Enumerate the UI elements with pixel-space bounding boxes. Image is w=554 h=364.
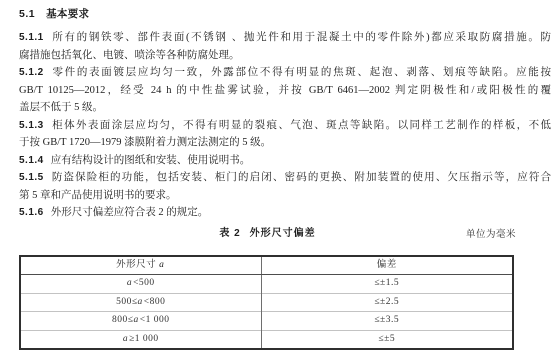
section-number: 5.1: [19, 8, 35, 20]
table-caption-row: 表 2外形尺寸偏差 单位为毫米: [19, 227, 516, 241]
table-caption: 表 2外形尺寸偏差: [19, 227, 516, 241]
table-caption-label: 表 2: [219, 228, 240, 239]
clause-line: 于按 GB/T 1720—1979 漆膜附着力测定法测定的 5 级。: [19, 134, 551, 152]
section-title: 基本要求: [46, 8, 89, 20]
clause-number: 5.1.4: [19, 155, 44, 166]
clause-line: 腐措施包括氧化、电镀、喷涂等各种防腐处理。: [19, 47, 551, 65]
clause-text: 盖层不低于 5 级。: [19, 102, 103, 113]
clause-5-1-2: 5.1.2零件的表面镀层应均匀一致，外露部位不得有明显的焦斑、起泡、剥落、划痕等…: [19, 64, 551, 117]
clause-5-1-1: 5.1.1所有的钢铁零、部件表面(不锈钢 、抛光件和用于混凝土中的零件除外)都应…: [19, 29, 551, 64]
table-caption-title: 外形尺寸偏差: [250, 228, 316, 239]
clause-line: 盖层不低于 5 级。: [19, 99, 551, 117]
dimension-cell: a≥1 000: [20, 330, 261, 349]
clause-line: 5.1.1所有的钢铁零、部件表面(不锈钢 、抛光件和用于混凝土中的零件除外)都应…: [19, 29, 551, 47]
table-header-row: 外形尺寸 a 偏差: [20, 256, 513, 275]
table-row: 800≤a<1 000 ≤±3.5: [20, 312, 513, 331]
clause-number: 5.1.1: [19, 32, 44, 43]
clause-line: 第 5 章和产品使用说明书的要求。: [19, 187, 551, 205]
clause-number: 5.1.5: [19, 172, 44, 183]
clause-5-1-6: 5.1.6外形尺寸偏差应符合表 2 的规定。: [19, 204, 551, 222]
clause-text: 第 5 章和产品使用说明书的要求。: [19, 190, 177, 201]
deviation-cell: ≤±1.5: [261, 275, 513, 294]
dimension-cell: 800≤a<1 000: [20, 312, 261, 331]
dimension-cell: 500≤a<800: [20, 293, 261, 312]
clause-text: 应有结构设计的图纸和安装、使用说明书。: [51, 155, 251, 166]
table-row: a<500 ≤±1.5: [20, 275, 513, 294]
clause-line: 5.1.2零件的表面镀层应均匀一致，外露部位不得有明显的焦斑、起泡、剥落、划痕等…: [19, 64, 551, 82]
table-row: 500≤a<800 ≤±2.5: [20, 293, 513, 312]
clause-text: 于按 GB/T 1720—1979 漆膜附着力测定法测定的 5 级。: [19, 137, 271, 148]
document-page: 5.1基本要求 5.1.1所有的钢铁零、部件表面(不锈钢 、抛光件和用于混凝土中…: [0, 0, 554, 364]
clause-line: 5.1.4应有结构设计的图纸和安装、使用说明书。: [19, 152, 551, 170]
clause-text: 零件的表面镀层应均匀一致，外露部位不得有明显的焦斑、起泡、剥落、划痕等缺陷。应能…: [51, 67, 551, 78]
deviation-cell: ≤±2.5: [261, 293, 513, 312]
table-row: a≥1 000 ≤±5: [20, 330, 513, 349]
clause-number: 5.1.6: [19, 207, 44, 218]
column-header-deviation: 偏差: [261, 256, 513, 275]
clause-line: GB/T 10125—2012，经受 24 h 的中性盐雾试验，并按 GB/T …: [19, 82, 551, 100]
deviation-cell: ≤±3.5: [261, 312, 513, 331]
deviation-cell: ≤±5: [261, 330, 513, 349]
clause-text: 防盗保险柜的功能，包括安装、柜门的启闭、密码的更换、附加装置的使用、欠压指示等，…: [51, 172, 551, 183]
clause-text: 腐措施包括氧化、电镀、喷涂等各种防腐处理。: [19, 50, 240, 61]
column-header-dimension: 外形尺寸 a: [20, 256, 261, 275]
dimension-cell: a<500: [20, 275, 261, 294]
clause-line: 5.1.5防盗保险柜的功能，包括安装、柜门的启闭、密码的更换、附加装置的使用、欠…: [19, 169, 551, 187]
clause-5-1-5: 5.1.5防盗保险柜的功能，包括安装、柜门的启闭、密码的更换、附加装置的使用、欠…: [19, 169, 551, 204]
section-heading: 5.1基本要求: [19, 6, 551, 24]
table-unit-note: 单位为毫米: [466, 228, 516, 242]
clause-number: 5.1.3: [19, 120, 44, 131]
clause-line: 5.1.3柜体外表面涂层应均匀，不得有明显的裂痕、气泡、斑点等缺陷。以同样工艺制…: [19, 117, 551, 135]
clause-text: 柜体外表面涂层应均匀，不得有明显的裂痕、气泡、斑点等缺陷。以同样工艺制作的样板，…: [51, 120, 551, 131]
clause-text: 所有的钢铁零、部件表面(不锈钢 、抛光件和用于混凝土中的零件除外)都应采取防腐措…: [51, 32, 551, 43]
clause-5-1-4: 5.1.4应有结构设计的图纸和安装、使用说明书。: [19, 152, 551, 170]
clause-number: 5.1.2: [19, 67, 44, 78]
clause-line: 5.1.6外形尺寸偏差应符合表 2 的规定。: [19, 204, 551, 222]
clause-text: GB/T 10125—2012，经受 24 h 的中性盐雾试验，并按 GB/T …: [19, 85, 551, 96]
clause-5-1-3: 5.1.3柜体外表面涂层应均匀，不得有明显的裂痕、气泡、斑点等缺陷。以同样工艺制…: [19, 117, 551, 152]
clause-text: 外形尺寸偏差应符合表 2 的规定。: [51, 207, 209, 218]
dimension-deviation-table: 外形尺寸 a 偏差 a<500 ≤±1.5 500≤a<800 ≤±2.5 80…: [19, 255, 514, 351]
